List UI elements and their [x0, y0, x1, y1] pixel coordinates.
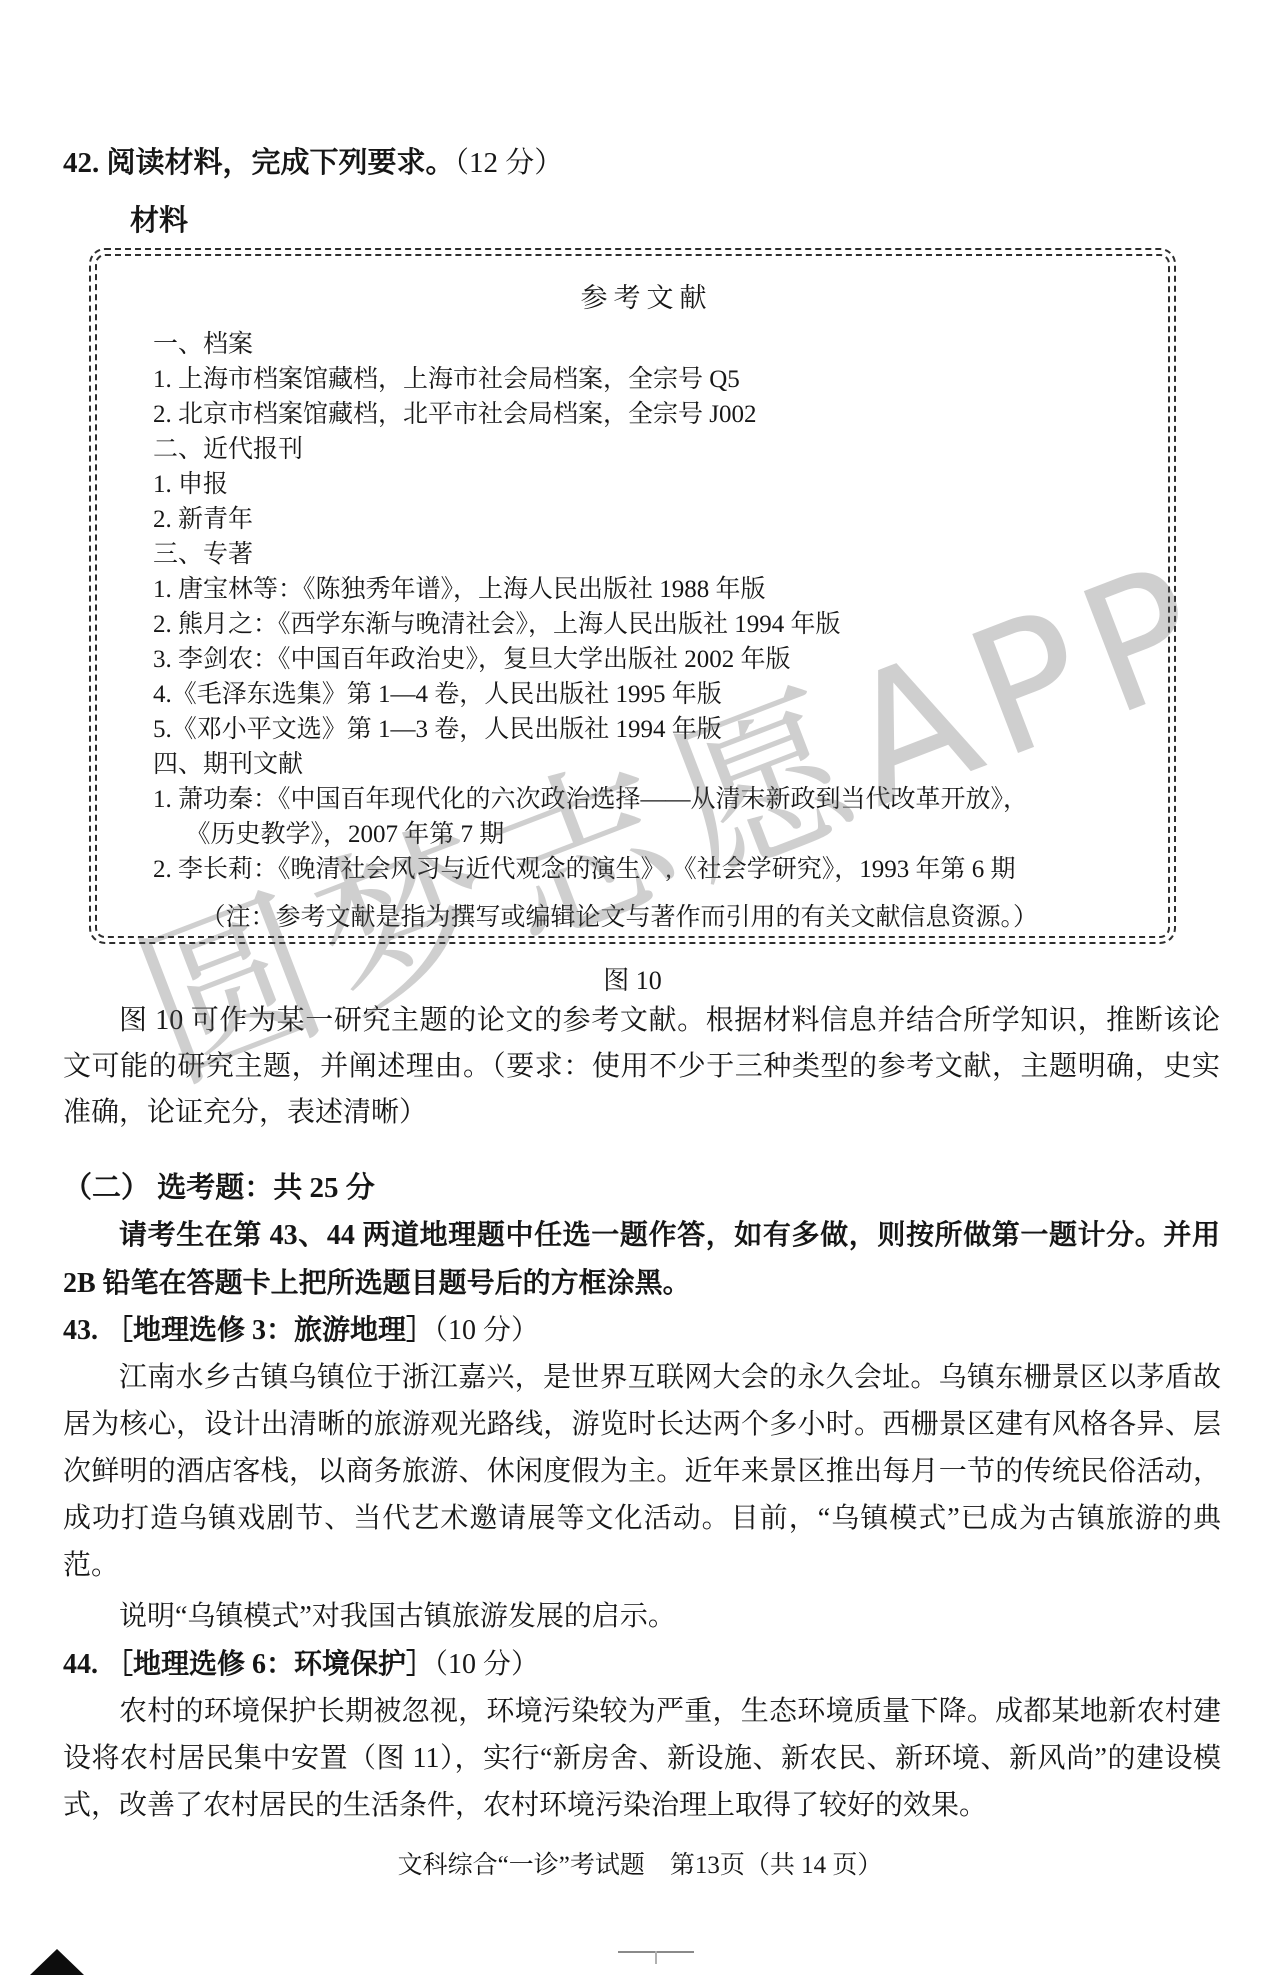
exam-page: 圆梦志愿APP 42. 阅读材料，完成下列要求。（12 分） 材料 参考文献 一… — [0, 0, 1280, 1983]
question-42-prompt: 阅读材料，完成下列要求。 — [107, 147, 455, 179]
bib-entry: 4.《毛泽东选集》第 1—4 卷，人民出版社 1995 年版 — [153, 677, 1140, 712]
bibliography-note: （注：参考文献是指为撰写或编辑论文与著作而引用的有关文献信息资源。） — [153, 900, 1140, 935]
bib-entry: 2. 熊月之：《西学东渐与晚清社会》，上海人民出版社 1994 年版 — [153, 607, 1140, 642]
figure-10-caption: 图 10 — [95, 960, 1170, 997]
question-42-heading: 42. 阅读材料，完成下列要求。（12 分） — [63, 140, 563, 181]
crop-mark — [618, 1951, 694, 1965]
page-footer: 文科综合“一诊”考试题 第13页（共 14 页） — [0, 1845, 1280, 1881]
question-42-score: （12 分） — [455, 147, 564, 179]
question-44-number: 44. — [63, 1649, 98, 1680]
bib-section-archives: 一、档案 — [153, 327, 1140, 362]
question-43-score: （10 分） — [434, 1315, 539, 1346]
bib-entry: 2. 李长莉：《晚清社会风习与近代观念的演生》,《社会学研究》，1993 年第 … — [153, 852, 1140, 887]
bibliography-title: 参考文献 — [153, 276, 1140, 315]
bib-entry: 1. 上海市档案馆藏档，上海市社会局档案，全宗号 Q5 — [153, 362, 1140, 397]
bib-entry: 1. 萧功秦：《中国百年现代化的六次政治选择——从清末新政到当代改革开放》， — [153, 782, 1140, 817]
question-44-heading: 44. ［地理选修 6：环境保护］（10 分） — [63, 1642, 539, 1682]
question-43-body: 江南水乡古镇乌镇位于浙江嘉兴，是世界互联网大会的永久会址。乌镇东栅景区以茅盾故居… — [63, 1354, 1221, 1589]
question-43-title: ［地理选修 3：旅游地理］ — [105, 1315, 434, 1346]
section-2-heading: （二） 选考题：共 25 分 — [63, 1165, 375, 1206]
section-2-instructions: 请考生在第 43、44 两道地理题中任选一题作答，如有多做，则按所做第一题计分。… — [63, 1212, 1220, 1308]
question-44-title: ［地理选修 6：环境保护］ — [105, 1649, 434, 1680]
bib-entry-continuation: 《历史教学》，2007 年第 7 期 — [186, 817, 1141, 852]
question-44-body: 农村的环境保护长期被忽视，环境污染较为严重，生态环境质量下降。成都某地新农村建设… — [63, 1688, 1221, 1829]
question-44-score: （10 分） — [434, 1649, 539, 1680]
question-42-task: 图 10 可作为某一研究主题的论文的参考文献。根据材料信息并结合所学知识，推断该… — [63, 998, 1220, 1136]
bib-section-journal-articles: 四、期刊文献 — [153, 747, 1140, 782]
bib-entry: 3. 李剑农：《中国百年政治史》，复旦大学出版社 2002 年版 — [153, 642, 1140, 677]
question-43-number: 43. — [63, 1315, 98, 1346]
corner-fold-mark — [30, 1949, 84, 1975]
bibliography-box: 参考文献 一、档案 1. 上海市档案馆藏档，上海市社会局档案，全宗号 Q5 2.… — [95, 254, 1170, 938]
bib-section-monographs: 三、专著 — [153, 537, 1140, 572]
material-label: 材料 — [130, 198, 188, 239]
bib-section-periodicals: 二、近代报刊 — [153, 432, 1140, 467]
bib-entry: 1. 申报 — [153, 467, 1140, 502]
crop-mark-vertical — [655, 1951, 657, 1964]
bib-entry: 5.《邓小平文选》第 1—3 卷，人民出版社 1994 年版 — [153, 712, 1140, 747]
question-43-heading: 43. ［地理选修 3：旅游地理］（10 分） — [63, 1308, 539, 1348]
question-43-task: 说明“乌镇模式”对我国古镇旅游发展的启示。 — [63, 1594, 1221, 1634]
bib-entry: 2. 北京市档案馆藏档，北平市社会局档案，全宗号 J002 — [153, 397, 1140, 432]
question-42-number: 42. — [63, 147, 99, 179]
bib-entry: 1. 唐宝林等：《陈独秀年谱》，上海人民出版社 1988 年版 — [153, 572, 1140, 607]
bib-entry: 2. 新青年 — [153, 502, 1140, 537]
